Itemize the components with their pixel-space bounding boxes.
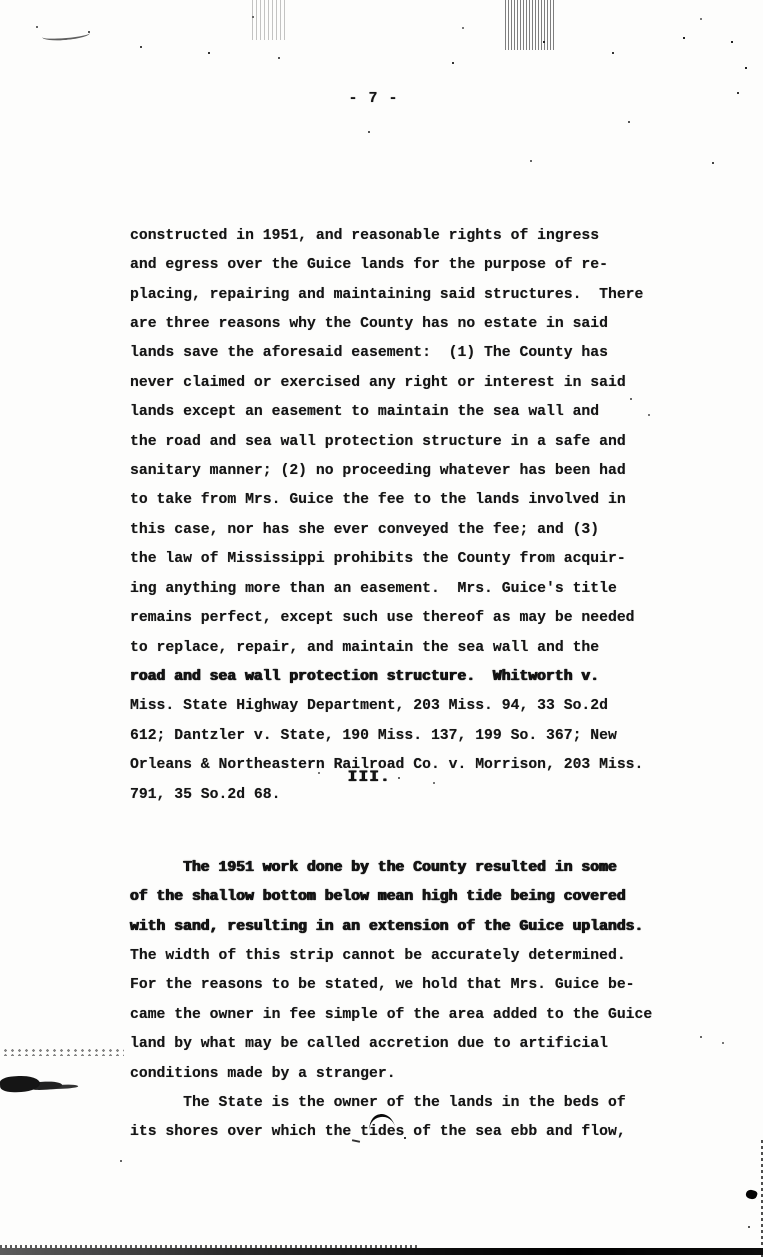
- typed-line: remains perfect, except such use thereof…: [130, 604, 643, 633]
- typed-line: road and sea wall protection structure. …: [130, 663, 643, 692]
- typed-line: constructed in 1951, and reasonable righ…: [130, 222, 643, 251]
- typed-line: The width of this strip cannot be accura…: [130, 942, 652, 971]
- scan-noise-stripes-left: [252, 0, 286, 40]
- typed-line: ing anything more than an easement. Mrs.…: [130, 575, 643, 604]
- typed-line: lands except an easement to maintain the…: [130, 398, 643, 427]
- typed-line: land by what may be called accretion due…: [130, 1030, 652, 1059]
- typed-line: and egress over the Guice lands for the …: [130, 251, 643, 280]
- scan-noise-margin-speckles: [2, 1048, 124, 1056]
- typed-line: For the reasons to be stated, we hold th…: [130, 971, 652, 1000]
- typed-line: came the owner in fee simple of the area…: [130, 1001, 652, 1030]
- scan-noise-right-blob: [745, 1189, 758, 1201]
- scan-edge-band: [0, 1248, 763, 1255]
- paragraph-accretion: The 1951 work done by the County resulte…: [130, 795, 652, 1207]
- typed-line: placing, repairing and maintaining said …: [130, 281, 643, 310]
- typed-line: are three reasons why the County has no …: [130, 310, 643, 339]
- scan-noise-scribble: [42, 28, 91, 42]
- typed-line: Miss. State Highway Department, 203 Miss…: [130, 692, 643, 721]
- typed-line: lands save the aforesaid easement: (1) T…: [130, 339, 643, 368]
- typed-line: conditions made by a stranger.: [130, 1060, 652, 1089]
- typed-line: 612; Dantzler v. State, 190 Miss. 137, 1…: [130, 722, 643, 751]
- document-page: - 7 - constructed in 1951, and reasonabl…: [0, 0, 763, 1260]
- paragraph-legal-reasons: constructed in 1951, and reasonable righ…: [130, 163, 643, 869]
- typed-line: sanitary manner; (2) no proceeding whate…: [130, 457, 643, 486]
- typed-line: to take from Mrs. Guice the fee to the l…: [130, 486, 643, 515]
- typed-line: the law of Mississippi prohibits the Cou…: [130, 545, 643, 574]
- typed-line: its shores over which the tides of the s…: [130, 1118, 652, 1147]
- typed-line: of the shallow bottom below mean high ti…: [130, 883, 652, 912]
- section-heading: III.: [0, 768, 751, 786]
- scan-noise-margin-blob: [0, 1075, 40, 1093]
- page-number: - 7 -: [0, 90, 755, 107]
- typed-line: this case, nor has she ever conveyed the…: [130, 516, 643, 545]
- scan-noise-specks: [0, 0, 2, 2]
- scan-noise-stripes-right: [505, 0, 555, 50]
- scan-edge-band-speckle: [0, 1245, 420, 1248]
- typed-line: The State is the owner of the lands in t…: [130, 1089, 652, 1118]
- typed-line: the road and sea wall protection structu…: [130, 428, 643, 457]
- typed-line: The 1951 work done by the County resulte…: [130, 854, 652, 883]
- typed-line: to replace, repair, and maintain the sea…: [130, 634, 643, 663]
- typed-line: never claimed or exercised any right or …: [130, 369, 643, 398]
- typed-line: with sand, resulting in an extension of …: [130, 913, 652, 942]
